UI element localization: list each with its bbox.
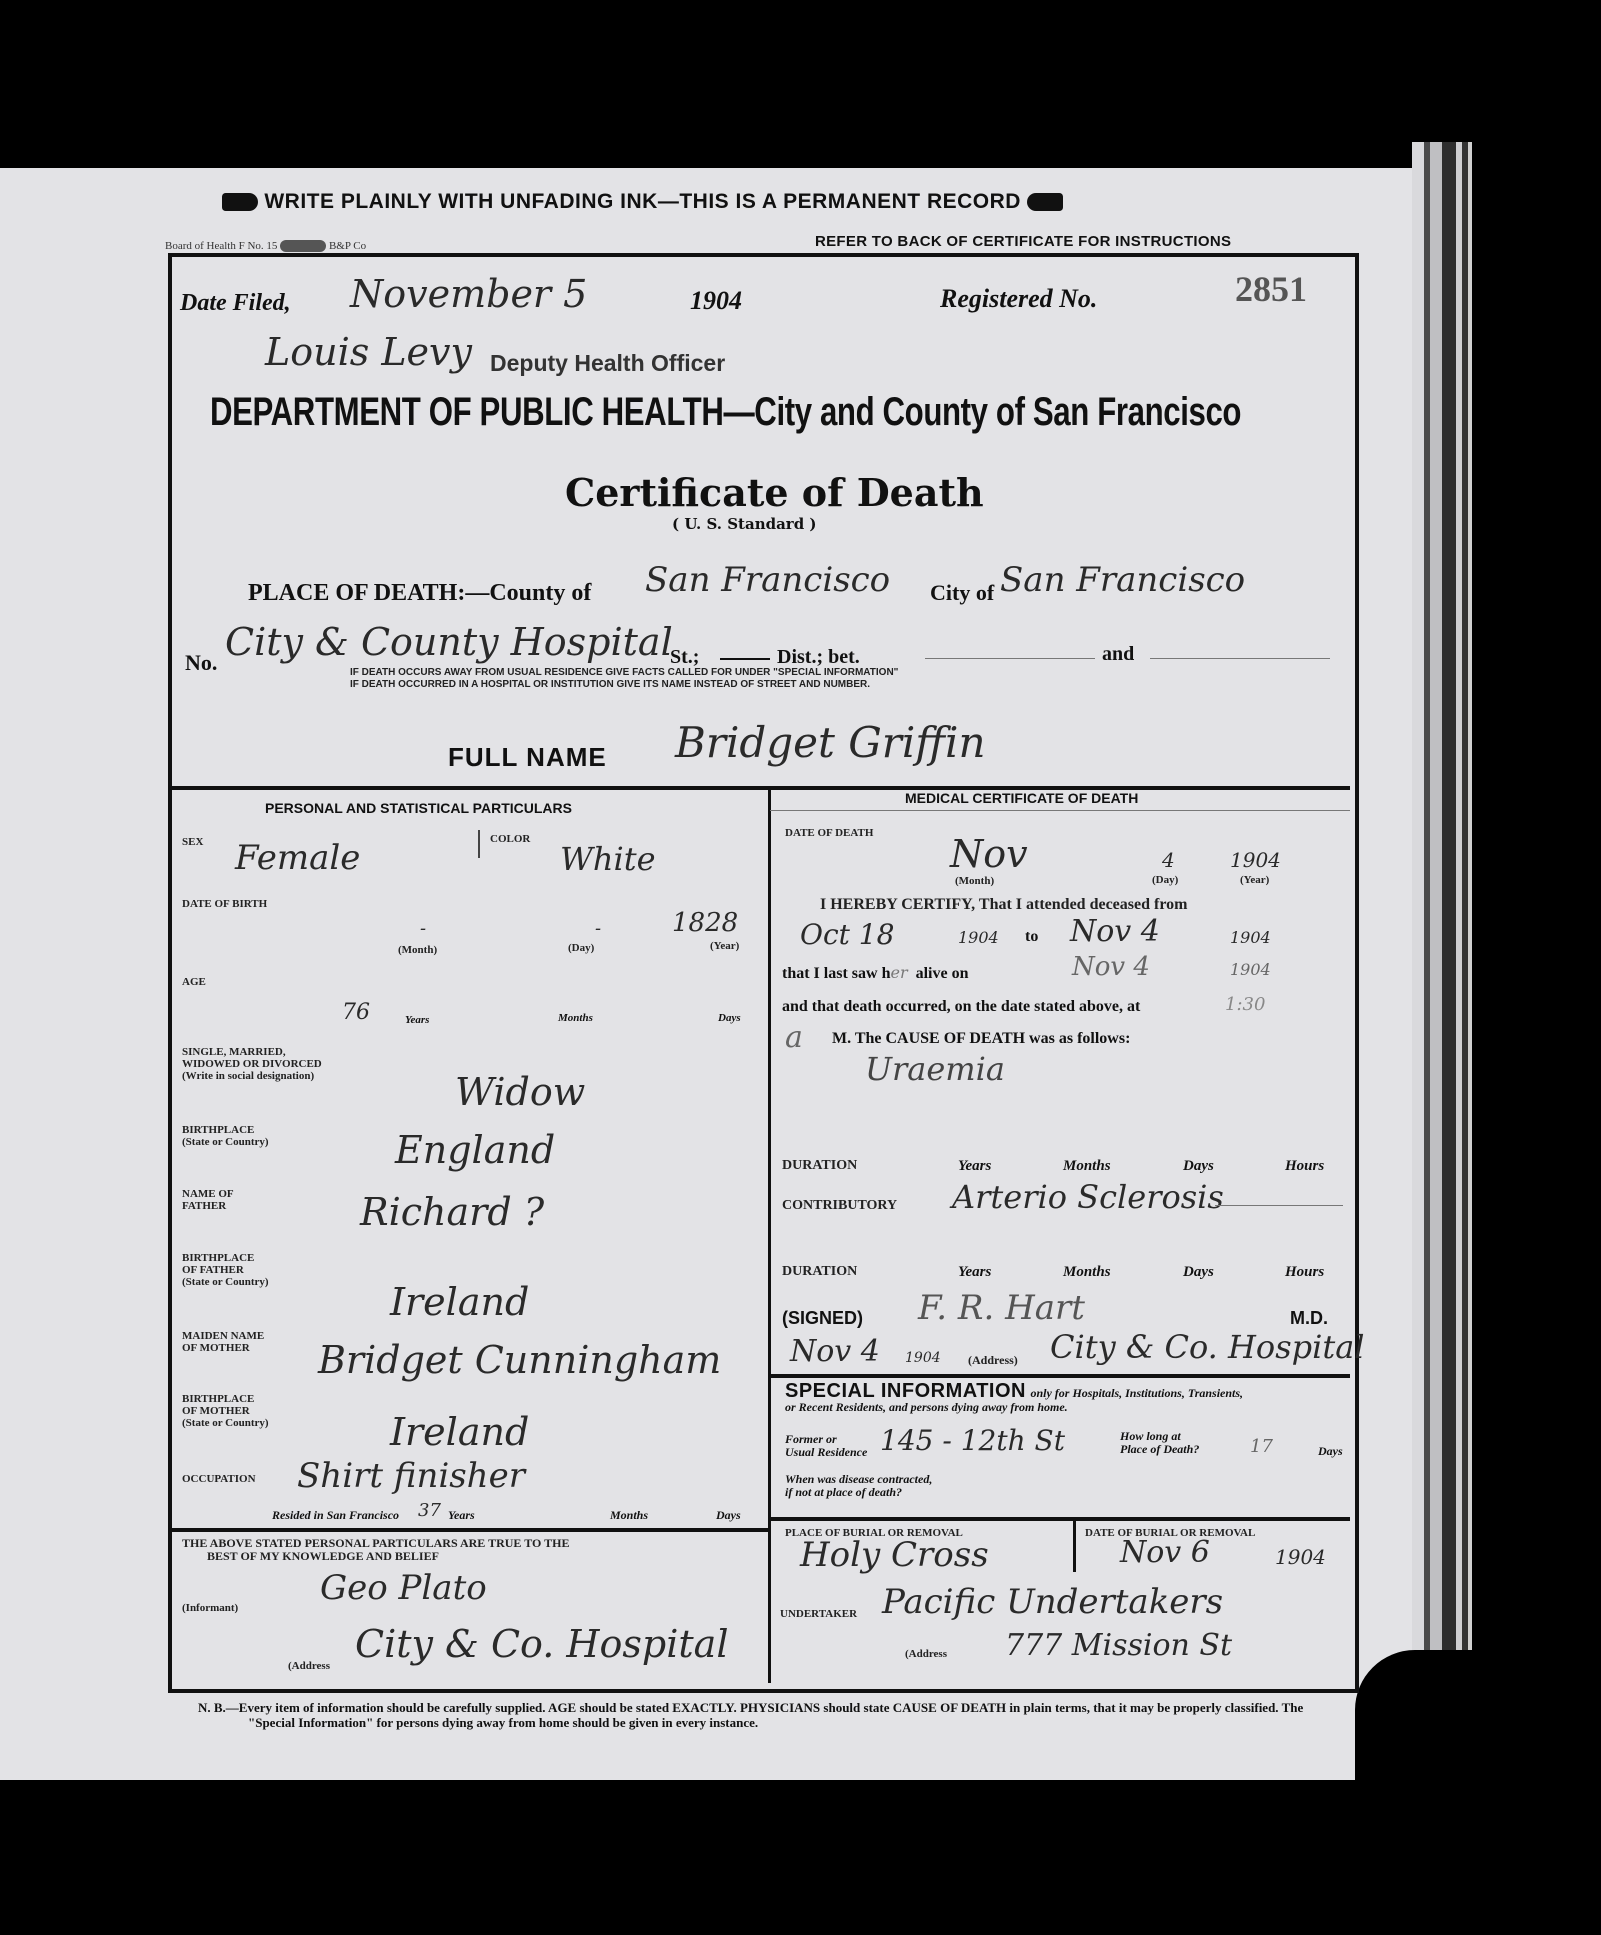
st-line (720, 658, 770, 660)
dist-label: Dist.; bet. (777, 646, 860, 669)
seal-icon (280, 240, 326, 252)
how-long-label: How long atPlace of Death? (1120, 1430, 1199, 1456)
officer-signature: Louis Levy (265, 330, 472, 374)
duration-label: DURATION (782, 1160, 857, 1172)
contributory-value: Arterio Sclerosis (952, 1178, 1224, 1216)
dod-month-caption: (Month) (955, 875, 994, 887)
sex-label: SEX (182, 836, 203, 848)
age-years: 76 (342, 1000, 370, 1025)
form-number: Board of Health F No. 15 B&P Co (165, 240, 366, 252)
banner-text: WRITE PLAINLY WITH UNFADING INK—THIS IS … (264, 190, 1021, 213)
father-birthplace-value: Ireland (390, 1280, 529, 1324)
dod-year: 1904 (1230, 848, 1281, 872)
dod-day-caption: (Day) (1152, 874, 1178, 886)
age-label: AGE (182, 976, 206, 988)
full-name-label: FULL NAME (448, 742, 607, 773)
special-subtitle-1: only for Hospitals, Institutions, Transi… (1030, 1386, 1243, 1400)
place-of-death-label: PLACE OF DEATH:—County of (248, 580, 591, 607)
and-label: and (1102, 643, 1134, 666)
sex-value: Female (235, 838, 360, 878)
days-label: Days (1318, 1444, 1343, 1459)
day-caption: (Day) (568, 942, 594, 954)
birthplace-value: England (395, 1128, 555, 1172)
resided-days-caption: Days (716, 1508, 741, 1523)
dod-label: DATE OF DEATH (785, 827, 873, 839)
medical-title-rule (770, 810, 1350, 811)
duration-years-caption: Years (958, 1158, 991, 1175)
last-saw-label: that I last saw her alive on (782, 963, 968, 983)
certificate-title: Certificate of Death (565, 470, 984, 515)
full-name-value: Bridget Griffin (675, 718, 986, 767)
mother-birthplace-value: Ireland (390, 1410, 529, 1454)
burial-date: Nov 6 (1120, 1535, 1210, 1570)
duration-label-2: DURATION (782, 1266, 857, 1278)
special-subtitle-2: or Recent Residents, and persons dying a… (785, 1400, 1345, 1415)
date-filed-label: Date Filed, (180, 290, 291, 317)
age-months-caption: Months (558, 1012, 593, 1024)
instructions-note: REFER TO BACK OF CERTIFICATE FOR INSTRUC… (815, 233, 1231, 250)
no-label: No. (185, 650, 217, 676)
signed-label: (SIGNED) (782, 1308, 863, 1329)
md-label: M.D. (1290, 1308, 1328, 1329)
informant-name: Geo Plato (320, 1568, 487, 1608)
attended-from: Oct 18 (800, 918, 894, 951)
contributory-label: CONTRIBUTORY (782, 1200, 897, 1212)
marital-label: SINGLE, MARRIED,WIDOWED OR DIVORCED(Writ… (182, 1046, 322, 1082)
sex-color-divider (478, 830, 480, 858)
month-caption: (Month) (398, 944, 437, 956)
duration-hours-caption-2: Hours (1285, 1264, 1324, 1281)
informant-divider (172, 1528, 770, 1532)
officer-title: Deputy Health Officer (490, 350, 725, 377)
undertaker-value: Pacific Undertakers (882, 1582, 1223, 1622)
resided-label: Resided in San Francisco (272, 1508, 399, 1523)
burial-divider (770, 1517, 1350, 1521)
mother-label: MAIDEN NAMEOF MOTHER (182, 1330, 264, 1354)
date-filed-year: 1904 (690, 286, 742, 316)
county-value: San Francisco (645, 560, 890, 600)
color-label: COLOR (490, 833, 530, 845)
signed-date: Nov 4 (790, 1334, 880, 1369)
undertaker-label: UNDERTAKER (780, 1608, 857, 1620)
occupation-label: OCCUPATION (182, 1473, 256, 1485)
resided-months-caption: Months (610, 1508, 648, 1523)
st-label: St.; (670, 646, 699, 669)
city-label: City of (930, 580, 994, 606)
dob-label: DATE OF BIRTH (182, 898, 267, 910)
how-long-value: 17 (1250, 1436, 1273, 1457)
meridiem: a (785, 1020, 803, 1055)
undertaker-address-label: (Address (905, 1648, 947, 1660)
special-title: SPECIAL INFORMATION (785, 1380, 1026, 1402)
duration-days-caption: Days (1183, 1158, 1214, 1175)
duration-hours-caption: Hours (1285, 1158, 1324, 1175)
dod-day: 4 (1162, 848, 1175, 872)
dob-month: - (420, 918, 426, 939)
personal-section-title: PERSONAL AND STATISTICAL PARTICULARS (265, 800, 572, 816)
duration-months-caption-2: Months (1063, 1264, 1111, 1281)
city-value: San Francisco (1000, 560, 1245, 600)
certify-text: I HEREBY CERTIFY, That I attended deceas… (820, 896, 1187, 914)
physician-address-label: (Address) (968, 1354, 1018, 1366)
contracted-label: When was disease contracted,if not at pl… (785, 1473, 932, 1499)
cause-text: M. The CAUSE OF DEATH was as follows: (832, 1030, 1130, 1048)
header-banner: WRITE PLAINLY WITH UNFADING INK—THIS IS … (222, 190, 1302, 214)
institution-value: City & County Hospital (225, 620, 673, 664)
to-label: to (1025, 928, 1038, 946)
resided-years: 37 (418, 1500, 441, 1521)
father-value: Richard ? (360, 1190, 544, 1234)
signed-year: 1904 (905, 1350, 941, 1366)
residence-label: Former orUsual Residence (785, 1433, 867, 1459)
mother-value: Bridget Cunningham (318, 1338, 721, 1382)
attended-to-year: 1904 (1230, 928, 1271, 947)
occupation-value: Shirt finisher (297, 1456, 525, 1496)
physician-signature: F. R. Hart (918, 1288, 1085, 1328)
place-note: IF DEATH OCCURS AWAY FROM USUAL RESIDENC… (350, 667, 898, 691)
and-line (1150, 658, 1330, 659)
birthplace-label: BIRTHPLACE(State or Country) (182, 1124, 269, 1148)
pointing-hand-icon (1027, 193, 1063, 211)
color-value: White (560, 840, 656, 878)
burial-year: 1904 (1275, 1545, 1326, 1569)
contributory-line (1215, 1205, 1343, 1206)
last-saw-date: Nov 4 (1072, 952, 1150, 982)
informant-statement: THE ABOVE STATED PERSONAL PARTICULARS AR… (182, 1537, 569, 1563)
death-time: 1:30 (1225, 994, 1265, 1015)
residence-value: 145 - 12th St (880, 1424, 1065, 1457)
year-caption: (Year) (710, 940, 739, 952)
medical-section-title: MEDICAL CERTIFICATE OF DEATH (905, 790, 1138, 806)
cause-of-death: Uraemia (865, 1050, 1005, 1088)
burial-place-value: Holy Cross (800, 1535, 989, 1575)
dist-line (925, 658, 1095, 659)
death-occurred-text: and that death occurred, on the date sta… (782, 998, 1140, 1016)
special-divider (770, 1374, 1350, 1378)
undertaker-address: 777 Mission St (1005, 1628, 1232, 1663)
last-saw-year: 1904 (1230, 960, 1271, 979)
department-title: DEPARTMENT OF PUBLIC HEALTH—City and Cou… (210, 390, 1241, 435)
us-standard: ( U. S. Standard ) (672, 515, 817, 533)
age-years-caption: Years (405, 1014, 429, 1026)
father-label: NAME OFFATHER (182, 1188, 234, 1212)
date-filed-value: November 5 (350, 272, 587, 316)
father-birthplace-label: BIRTHPLACEOF FATHER(State or Country) (182, 1252, 269, 1288)
attended-to: Nov 4 (1070, 914, 1160, 949)
special-header: SPECIAL INFORMATION only for Hospitals, … (785, 1380, 1345, 1415)
resided-years-caption: Years (448, 1508, 475, 1523)
informant-label: (Informant) (182, 1602, 238, 1614)
registered-no: 2851 (1235, 268, 1307, 310)
page-corner-shadow (1355, 1650, 1601, 1935)
column-divider (768, 788, 771, 1683)
section-divider (172, 786, 1350, 790)
dod-year-caption: (Year) (1240, 874, 1269, 886)
physician-address: City & Co. Hospital (1050, 1328, 1365, 1366)
dob-year: 1828 (672, 908, 738, 938)
duration-years-caption-2: Years (958, 1264, 991, 1281)
duration-days-caption-2: Days (1183, 1264, 1214, 1281)
duration-months-caption: Months (1063, 1158, 1111, 1175)
book-binding-edge (1412, 142, 1472, 1682)
mother-birthplace-label: BIRTHPLACEOF MOTHER(State or Country) (182, 1393, 269, 1429)
dod-month: Nov (950, 832, 1028, 876)
burial-column-divider (1073, 1519, 1076, 1572)
attended-from-year: 1904 (958, 928, 999, 947)
informant-address-label: (Address (288, 1660, 330, 1672)
footer-note: N. B.—Every item of information should b… (198, 1700, 1328, 1730)
age-days-caption: Days (718, 1012, 741, 1024)
dob-day: - (595, 918, 601, 939)
pointing-hand-icon (222, 193, 258, 211)
informant-address: City & Co. Hospital (355, 1622, 728, 1666)
registered-no-label: Registered No. (940, 284, 1097, 314)
marital-value: Widow (455, 1070, 585, 1114)
